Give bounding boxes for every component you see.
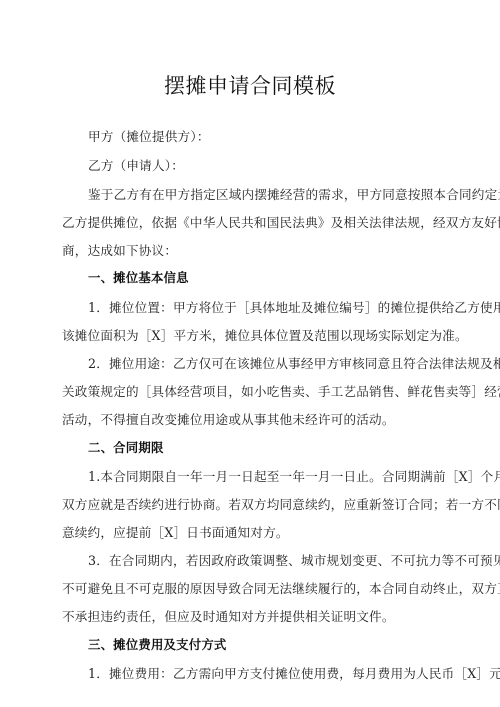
section-heading-3: 三、摊位费用及支付方式 xyxy=(88,635,227,653)
section-heading-1: 一、摊位基本信息 xyxy=(88,268,189,286)
section-3-line-1: 1．摊位费用：乙方需向甲方支付摊位使用费，每月费用为人民币［X］元 xyxy=(88,663,500,682)
section-2-line-3: 意续约，应提前［X］日书面通知对方。 xyxy=(62,522,289,541)
section-2-line-6: 不承担违约责任，但应及时通知对方并提供相关证明文件。 xyxy=(62,606,395,625)
section-heading-2: 二、合同期限 xyxy=(88,438,164,456)
section-1-line-4: 关政策规定的［具体经营项目，如小吃售卖、手工艺品销售、鲜花售卖等］经营 xyxy=(62,381,500,400)
party-a-line: 甲方（摊位提供方）： xyxy=(88,126,210,145)
section-1-line-3: 2．摊位用途：乙方仅可在该摊位从事经甲方审核同意且符合法律法规及相 xyxy=(88,353,500,372)
section-2-line-5: 不可避免且不可克服的原因导致合同无法继续履行的，本合同自动终止，双方互 xyxy=(62,578,500,597)
section-2-line-2: 双方应就是否续约进行协商。若双方均同意续约，应重新签订合同；若一方不同 xyxy=(62,494,500,513)
intro-line-2: 乙方提供摊位，依据《中华人民共和国民法典》及相关法律法规，经双方友好协 xyxy=(62,212,500,231)
page-title: 摆摊申请合同模板 xyxy=(0,70,500,100)
section-1-line-1: 1．摊位位置：甲方将位于［具体地址及摊位编号］的摊位提供给乙方使用。 xyxy=(88,297,500,316)
intro-line-1: 鉴于乙方有在甲方指定区域内摆摊经营的需求，甲方同意按照本合同约定为 xyxy=(88,184,500,203)
party-b-line: 乙方（申请人）： xyxy=(88,155,184,174)
intro-line-3: 商，达成如下协议： xyxy=(62,240,177,259)
section-2-line-1: 1.本合同期限自一年一月一日起至一年一月一日止。合同期满前［X］个月， xyxy=(88,466,500,485)
section-1-line-5: 活动，不得擅自改变摊位用途或从事其他未经许可的活动。 xyxy=(62,409,395,428)
section-1-line-2: 该摊位面积为［X］平方米，摊位具体位置及范围以现场实际划定为准。 xyxy=(62,325,468,344)
section-2-line-4: 3．在合同期内，若因政府政策调整、城市规划变更、不可抗力等不可预见、 xyxy=(88,550,500,569)
